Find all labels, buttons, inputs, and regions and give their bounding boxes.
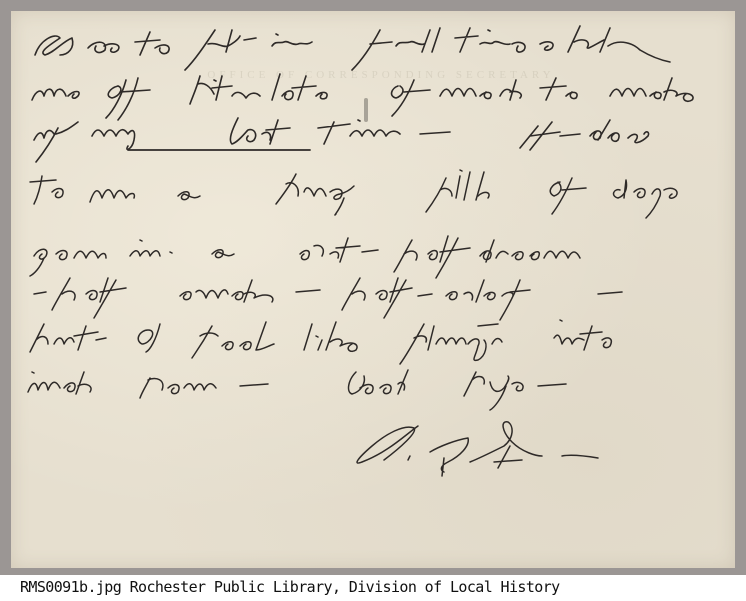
scan-frame: OFFICE OF CORRESPONDING SECRETARY so as … bbox=[0, 0, 746, 575]
image-caption: RMS0091b.jpg Rochester Public Library, D… bbox=[20, 578, 560, 596]
handwriting-strokes bbox=[0, 0, 746, 575]
